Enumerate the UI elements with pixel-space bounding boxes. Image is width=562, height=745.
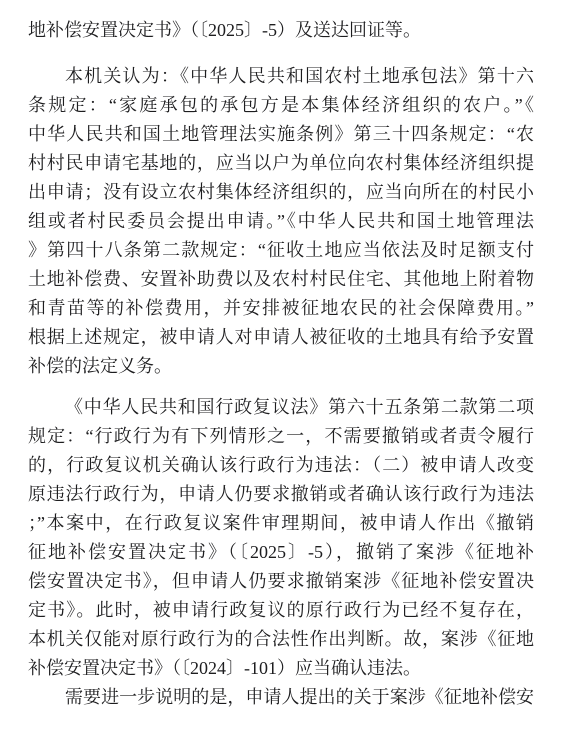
text-line: 中华人民共和国土地管理法实施条例》第三十四条规定：“农 (28, 120, 534, 149)
paragraph-further-note: 需要进一步说明的是，申请人提出的关于案涉《征地补偿安 (28, 683, 534, 712)
text-line: ；”本案中，在行政复议案件审理期间，被申请人作出《撤销 (28, 509, 534, 538)
text-line: 的，行政复议机关确认该行政行为违法：（二）被申请人改变 (28, 451, 534, 480)
text-line: 征地补偿安置决定书》（〔2025〕-5），撤销了案涉《征地补 (28, 538, 534, 567)
paragraph-review-law: 《中华人民共和国行政复议法》第六十五条第二款第二项规定：“行政行为有下列情形之一… (28, 393, 534, 683)
text-line: 出申请；没有设立农村集体经济组织的，应当向所在的村民小 (28, 178, 534, 207)
text-line: 根据上述规定，被申请人对申请人被征收的土地具有给予安置 (28, 323, 534, 352)
text-line: 定书》。此时，被申请行政复议的原行政行为已经不复存在， (28, 596, 534, 625)
text-line: 和青苗等的补偿费用，并安排被征地农民的社会保障费用。” (28, 294, 534, 323)
text-line: 土地补偿费、安置补助费以及农村村民住宅、其他地上附着物 (28, 265, 534, 294)
text-line: 村村民申请宅基地的，应当以户为单位向农村集体经济组织提 (28, 149, 534, 178)
text-line: 》第四十八条第二款规定：“征收土地应当依法及时足额支付 (28, 236, 534, 265)
text-line: 偿安置决定书》，但申请人仍要求撤销案涉《征地补偿安置决 (28, 567, 534, 596)
text-line: 补偿的法定义务。 (28, 352, 534, 381)
text-line: 补偿安置决定书》（〔2024〕-101）应当确认违法。 (28, 654, 534, 683)
text-line: 《中华人民共和国行政复议法》第六十五条第二款第二项 (28, 393, 534, 422)
text-line: 地补偿安置决定书》（〔2025〕-5）及送达回证等。 (28, 16, 534, 45)
text-line: 条规定：“家庭承包的承包方是本集体经济组织的农户。”《 (28, 91, 534, 120)
text-line: 需要进一步说明的是，申请人提出的关于案涉《征地补偿安 (28, 683, 534, 712)
text-line: 本机关认为：《中华人民共和国农村土地承包法》第十六 (28, 62, 534, 91)
document-page: 地补偿安置决定书》（〔2025〕-5）及送达回证等。本机关认为：《中华人民共和国… (0, 0, 562, 745)
text-line: 组或者村民委员会提出申请。”《中华人民共和国土地管理法 (28, 207, 534, 236)
text-line: 原违法行政行为，申请人仍要求撤销或者确认该行政行为违法 (28, 480, 534, 509)
text-line: 本机关仅能对原行政行为的合法性作出判断。故，案涉《征地 (28, 625, 534, 654)
paragraph-legal-basis: 本机关认为：《中华人民共和国农村土地承包法》第十六条规定：“家庭承包的承包方是本… (28, 62, 534, 381)
text-line: 规定：“行政行为有下列情形之一，不需要撤销或者责令履行 (28, 422, 534, 451)
paragraph-continuation: 地补偿安置决定书》（〔2025〕-5）及送达回证等。 (28, 16, 534, 45)
